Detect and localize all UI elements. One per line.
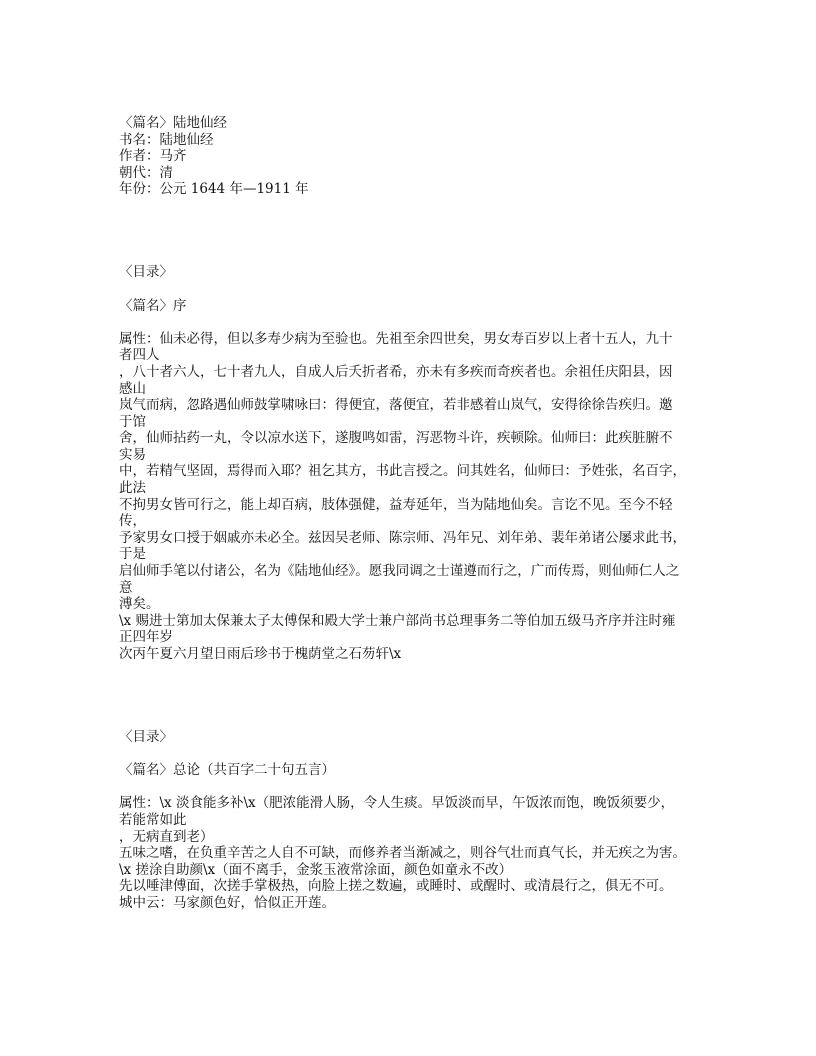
years: 年份：公元 1644 年—1911 年 <box>119 181 709 198</box>
text-line: 属性：仙未必得，但以多寿少病为至验也。先祖至余四世矣，男女寿百岁以上者十五人，九… <box>119 331 709 348</box>
text-line: 传， <box>119 513 709 530</box>
section-body: 属性：\x 淡食能多补\x（肥浓能滑人肠，令人生痰。早饭淡而早，午饭浓而饱，晚饭… <box>119 795 709 911</box>
text-line: 五味之嗜，在负重辛苦之人自不可缺，而修养者当渐减之，则谷气壮而真气长，并无疾之为… <box>119 845 709 862</box>
text-line: 予家男女口授于姻戚亦未必全。兹因吴老师、陈宗师、冯年兄、刘年弟、裴年弟诸公屡求此… <box>119 530 709 547</box>
text-line: 此法 <box>119 480 709 497</box>
text-line: 于是 <box>119 546 709 563</box>
doc-title-line: 〈篇名〉陆地仙经 <box>119 115 709 132</box>
text-line: 启仙师手笔以付诸公，名为《陆地仙经》。愿我同调之士谨遵而行之，广而传焉，则仙师仁… <box>119 563 709 580</box>
text-line: 溥矣。 <box>119 596 709 613</box>
text-line: 岚气而病，忽路遇仙师鼓掌啸咏曰：得便宜，落便宜，若非感着山岚气，安得徐徐告疾归。… <box>119 397 709 414</box>
toc-marker: 〈目录〉 <box>119 729 709 746</box>
text-line: 感山 <box>119 381 709 398</box>
text-line: 舍，仙师拈药一丸，令以凉水送下，遂腹鸣如雷，泻恶物斗许，疾顿除。仙师曰：此疾脏腑… <box>119 430 709 447</box>
section-title: 〈篇名〉序 <box>119 298 709 315</box>
text-line: 实易 <box>119 447 709 464</box>
text-line: \x 搓涂自助颜\x（面不离手，金浆玉液常涂面，颜色如童永不改） <box>119 862 709 879</box>
text-line: 意 <box>119 580 709 597</box>
book-name: 书名：陆地仙经 <box>119 132 709 149</box>
dynasty: 朝代：清 <box>119 165 709 182</box>
text-line: 不拘男女皆可行之，能上却百病，肢体强健，益寿延年，当为陆地仙矣。言讫不见。至今不… <box>119 497 709 514</box>
text-line: 者四人 <box>119 347 709 364</box>
text-line: 若能常如此 <box>119 812 709 829</box>
text-line: 正四年岁 <box>119 629 709 646</box>
section-body: 属性：仙未必得，但以多寿少病为至验也。先祖至余四世矣，男女寿百岁以上者十五人，九… <box>119 331 709 663</box>
text-line: 次丙午夏六月望日雨后珍书于槐荫堂之石芴轩\x <box>119 646 709 663</box>
text-line: 属性：\x 淡食能多补\x（肥浓能滑人肠，令人生痰。早饭淡而早，午饭浓而饱，晚饭… <box>119 795 709 812</box>
text-line: ，无病直到老） <box>119 829 709 846</box>
author: 作者：马齐 <box>119 148 709 165</box>
text-line: 于馆 <box>119 414 709 431</box>
text-line: 城中云：马家颜色好，恰似正开莲。 <box>119 895 709 912</box>
toc-marker: 〈目录〉 <box>119 264 709 281</box>
text-line: \x 赐进士第加太保兼太子太傅保和殿大学士兼户部尚书总理事务二等伯加五级马齐序并… <box>119 613 709 630</box>
text-line: 中，若精气坚固，焉得而入耶？祖乞其方，书此言授之。问其姓名，仙师曰：予姓张，名百… <box>119 463 709 480</box>
text-line: 先以唾津傅面，次搓手掌极热，向脸上搓之数遍，或睡时、或醒时、或清晨行之，俱无不可… <box>119 878 709 895</box>
document-page: 〈篇名〉陆地仙经 书名：陆地仙经 作者：马齐 朝代：清 年份：公元 1644 年… <box>119 115 709 912</box>
section-title: 〈篇名〉总论（共百字二十句五言） <box>119 762 709 779</box>
text-line: ，八十者六人，七十者九人，自成人后夭折者希，亦未有多疾而奇疾者也。余祖任庆阳县，… <box>119 364 709 381</box>
